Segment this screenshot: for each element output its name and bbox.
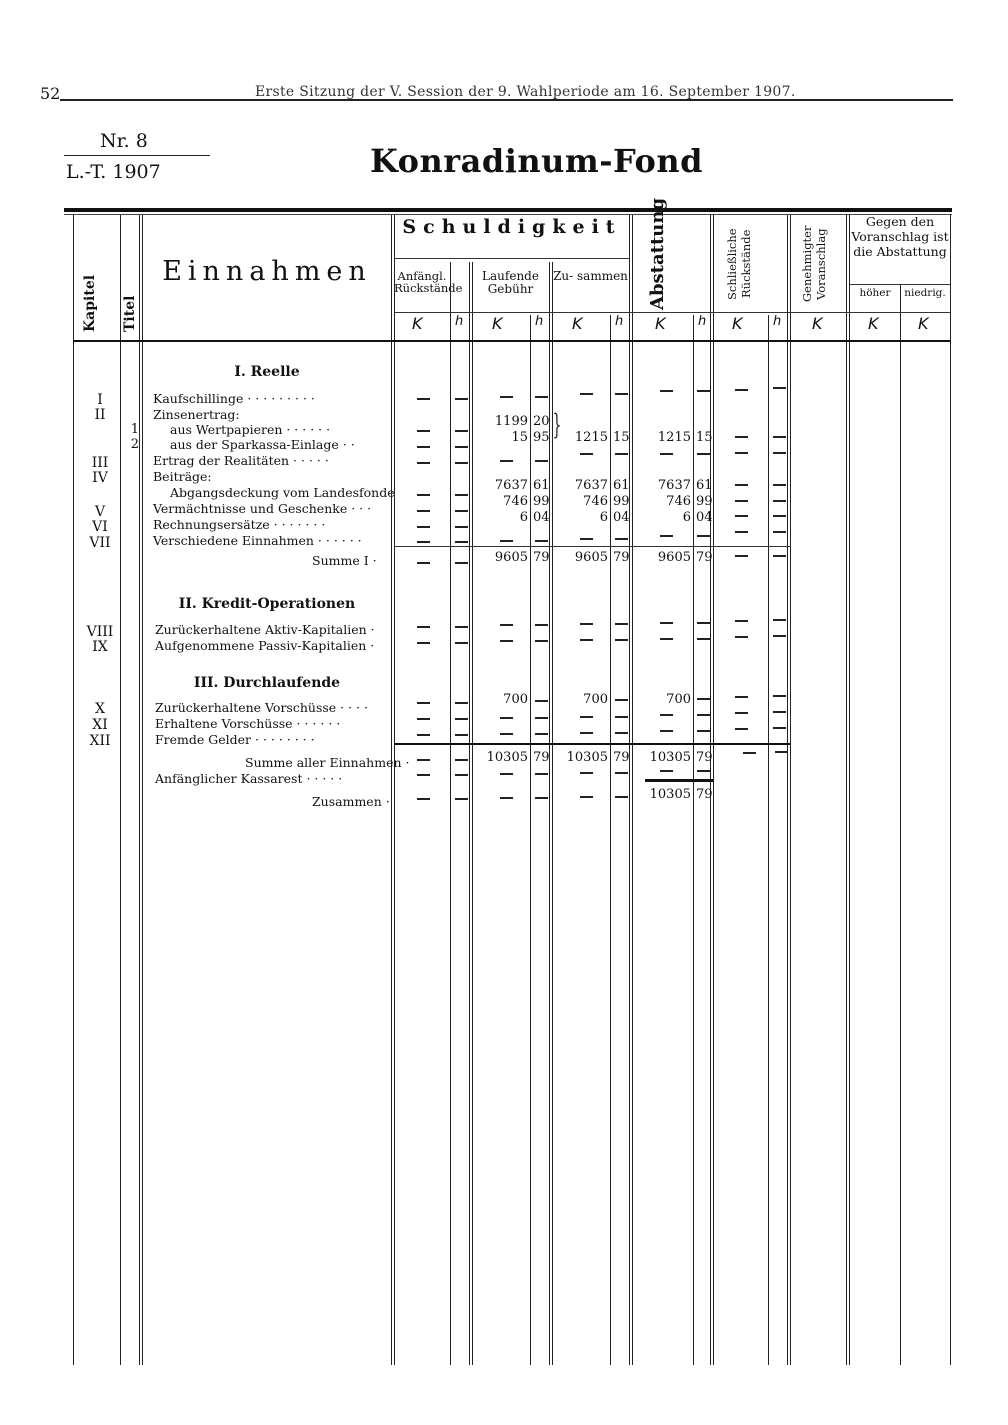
amount-k: 7637 (575, 478, 608, 493)
amount-k: 15 (511, 430, 528, 445)
header-rule (60, 99, 953, 101)
amount-h: 15 (613, 430, 630, 445)
amount-k: 746 (583, 494, 608, 509)
document-number: Nr. 8 (100, 130, 148, 152)
table-top-rule (64, 208, 952, 212)
amount-h: 79 (533, 750, 550, 765)
header-gegen: Gegen den Voranschlag ist die Abstattung (850, 214, 950, 259)
number-rule (64, 155, 210, 156)
unit-h: h (773, 314, 781, 329)
amount-k: 1215 (658, 430, 691, 445)
unit-h: h (698, 314, 706, 329)
unit-k: K (812, 314, 823, 333)
amount-k: 1215 (575, 430, 608, 445)
kapitel-number: XII (80, 733, 120, 749)
total-rule (395, 743, 790, 745)
header-niedriger: niedrig. (900, 288, 950, 299)
unit-h: h (535, 314, 543, 329)
kapitel-number: IV (80, 470, 120, 486)
kapitel-number: VIII (80, 624, 120, 640)
row-label: Vermächtnisse und Geschenke · · · (153, 501, 371, 516)
amount-h: 79 (613, 550, 630, 565)
amount-k: 9605 (575, 550, 608, 565)
row-label: Zurückerhaltene Vorschüsse · · · · (155, 700, 368, 715)
amount-h: 99 (533, 494, 550, 509)
header-genehmigter: Genehmigter Voranschlag (800, 218, 844, 310)
section-heading: I. Reelle (143, 364, 391, 380)
amount-h: 79 (696, 787, 713, 802)
amount-h: 79 (696, 750, 713, 765)
header-abstattung: Abstattung (647, 218, 687, 310)
amount-k: 10305 (567, 750, 608, 765)
amount-k: 7637 (495, 478, 528, 493)
header-schuldigkeit: Schuldigkeit (395, 218, 629, 238)
kapitel-number: III (80, 455, 120, 471)
titel-number: 1 (127, 422, 139, 437)
kapitel-number: I (80, 392, 120, 408)
header-zusammen: Zu- sammen (552, 270, 629, 283)
amount-h: 04 (696, 510, 713, 525)
page-number: 52 (40, 84, 60, 103)
titel-number: 2 (127, 437, 139, 452)
kapitel-number: VI (80, 519, 120, 535)
amount-k: 10305 (650, 787, 691, 802)
unit-k: K (572, 314, 583, 333)
unit-k: K (655, 314, 666, 333)
row-label: Zusammen · (312, 794, 390, 809)
amount-k: 700 (503, 692, 528, 707)
subtotal-rule (395, 546, 790, 547)
section-heading: III. Durchlaufende (143, 675, 391, 691)
amount-k: 9605 (658, 550, 691, 565)
unit-k: K (732, 314, 743, 333)
document-title: Konradinum-Fond (370, 142, 703, 180)
amount-h: 79 (696, 550, 713, 565)
row-label: Summe I · (312, 553, 377, 568)
row-label: Rechnungsersätze · · · · · · · (153, 517, 325, 532)
header-laufende: Laufende Gebühr (472, 270, 549, 295)
row-label: Erhaltene Vorschüsse · · · · · · (155, 716, 340, 731)
amount-k: 6 (600, 510, 608, 525)
table-top-rule-thin (64, 214, 952, 215)
kapitel-number: VII (80, 535, 120, 551)
kapitel-number: II (80, 407, 120, 423)
amount-k: 1199 (495, 414, 528, 429)
amount-k: 6 (683, 510, 691, 525)
row-label: Summe aller Einnahmen · (245, 755, 409, 770)
unit-k: K (868, 314, 879, 333)
amount-k: 7637 (658, 478, 691, 493)
kapitel-number: IX (80, 639, 120, 655)
row-label: Abgangsdeckung vom Landesfonde (170, 485, 395, 500)
row-label: Kaufschillinge · · · · · · · · · (153, 391, 315, 406)
running-title: Erste Sitzung der V. Session der 9. Wahl… (255, 84, 796, 100)
document-year: L.-T. 1907 (66, 161, 161, 183)
amount-k: 700 (583, 692, 608, 707)
row-label: aus Wertpapieren · · · · · · (170, 422, 330, 437)
amount-k: 6 (520, 510, 528, 525)
header-titel: Titel (122, 290, 138, 338)
header-schliessliche: Schließliche Rückstände (725, 218, 775, 310)
unit-k: K (492, 314, 503, 333)
amount-h: 15 (696, 430, 713, 445)
amount-k: 746 (503, 494, 528, 509)
amount-h: 61 (533, 478, 550, 493)
row-label: Verschiedene Einnahmen · · · · · · (153, 533, 362, 548)
unit-h: h (455, 314, 463, 329)
kapitel-number: V (80, 504, 120, 520)
row-label: aus der Sparkassa-Einlage · · (170, 437, 355, 452)
amount-h: 04 (613, 510, 630, 525)
unit-k: K (412, 314, 423, 333)
header-kapitel: Kapitel (82, 268, 98, 338)
amount-h: 79 (533, 550, 550, 565)
grand-total-rule (645, 779, 713, 782)
unit-h: h (615, 314, 623, 329)
amount-k: 746 (666, 494, 691, 509)
amount-k: 10305 (650, 750, 691, 765)
section-heading: II. Kredit-Operationen (143, 596, 391, 612)
row-label: Anfänglicher Kassarest · · · · · (155, 771, 342, 786)
amount-k: 9605 (495, 550, 528, 565)
amount-h: 95 (533, 430, 550, 445)
header-hoeher: höher (850, 288, 900, 299)
row-label: Zurückerhaltene Aktiv-Kapitalien · (155, 622, 375, 637)
amount-h: 99 (696, 494, 713, 509)
amount-h: 04 (533, 510, 550, 525)
row-label: Ertrag der Realitäten · · · · · (153, 453, 329, 468)
kapitel-number: X (80, 701, 120, 717)
amount-h: 20 (533, 414, 550, 429)
amount-k: 700 (666, 692, 691, 707)
header-einnahmen: Einnahmen (143, 258, 391, 286)
row-label: Aufgenommene Passiv-Kapitalien · (155, 638, 374, 653)
header-anfaengl: Anfängl. Rückstände (394, 270, 450, 294)
kapitel-number: XI (80, 717, 120, 733)
row-label: Fremde Gelder · · · · · · · · (155, 732, 315, 747)
amount-h: 61 (613, 478, 630, 493)
amount-h: 99 (613, 494, 630, 509)
amount-k: 10305 (487, 750, 528, 765)
amount-h: 79 (613, 750, 630, 765)
brace-icon: } (552, 411, 561, 439)
row-label: Beiträge: (153, 469, 212, 484)
amount-h: 61 (696, 478, 713, 493)
unit-k: K (918, 314, 929, 333)
row-label: Zinsenertrag: (153, 407, 240, 422)
